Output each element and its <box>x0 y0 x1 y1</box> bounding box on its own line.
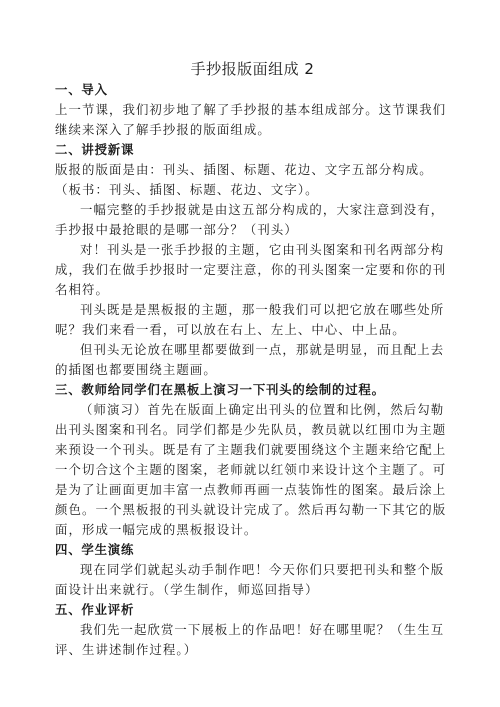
section-assessment: 五、作业评析 我们先一起欣赏一下展板上的作品吧！好在哪里呢？（生生互 评、生讲述… <box>55 600 450 660</box>
paragraph-line: 成，我们在做手抄报时一定要注意，你的刊头图案一定要和你的刊 <box>55 260 450 280</box>
paragraph-line: 面，形成一幅完成的黑板报设计。 <box>55 520 450 540</box>
section-new-lesson: 二、讲授新课 版报的版面是由：刊头、插图、标题、花边、文字五部分构成。 （板书：… <box>55 140 450 380</box>
paragraph-line: 呢？我们来看一看，可以放在右上、左上、中心、中上品。 <box>55 320 450 340</box>
paragraph-line: 是为了让画面更加丰富一点教师再画一点装饰性的图案。最后涂上 <box>55 480 450 500</box>
paragraph-line: （板书：刊头、插图、标题、花边、文字）。 <box>55 180 450 200</box>
section-heading: 三、教师给同学们在黑板上演习一下刊头的绘制的过程。 <box>55 380 450 400</box>
section-heading: 四、学生演练 <box>55 540 450 560</box>
document-page: 手抄报版面组成 2 一、导入 上一节课，我们初步地了解了手抄报的基本组成部分。这… <box>55 58 450 660</box>
section-heading: 五、作业评析 <box>55 600 450 620</box>
section-demonstration: 三、教师给同学们在黑板上演习一下刊头的绘制的过程。 （师演习）首先在版面上确定出… <box>55 380 450 540</box>
paragraph-line: 颜色。一个黑板报的刊头就设计完成了。然后再勾勒一下其它的版 <box>55 500 450 520</box>
paragraph-line: 名相符。 <box>55 280 450 300</box>
paragraph-line: 一幅完整的手抄报就是由这五部分构成的，大家注意到没有， <box>55 200 450 220</box>
paragraph-line: 刊头既是是黑板报的主题，那一般我们可以把它放在哪些处所 <box>55 300 450 320</box>
section-heading: 二、讲授新课 <box>55 140 450 160</box>
paragraph-line: 出刊头图案和刊名。同学们都是少先队员，教员就以红围巾为主题 <box>55 420 450 440</box>
paragraph-line: 来预设一个刊头。既是有了主题我们就要围绕这个主题来给它配上 <box>55 440 450 460</box>
paragraph-line: 一个切合这个主题的图案，老师就以红领巾来设计这个主题了。可 <box>55 460 450 480</box>
section-heading: 一、导入 <box>55 80 450 100</box>
paragraph-line: 的插图也都要围绕主题画。 <box>55 360 450 380</box>
paragraph-line: 但刊头无论放在哪里都要做到一点，那就是明显，而且配上去 <box>55 340 450 360</box>
paragraph-line: 面设计出来就行。（学生制作，师巡回指导） <box>55 580 450 600</box>
paragraph-line: 继续来深入了解手抄报的版面组成。 <box>55 120 450 140</box>
section-student-practice: 四、学生演练 现在同学们就起头动手制作吧！今天你们只要把刊头和整个版 面设计出来… <box>55 540 450 600</box>
paragraph-line: （师演习）首先在版面上确定出刊头的位置和比例，然后勾勒 <box>55 400 450 420</box>
paragraph-line: 我们先一起欣赏一下展板上的作品吧！好在哪里呢？（生生互 <box>55 620 450 640</box>
paragraph-line: 版报的版面是由：刊头、插图、标题、花边、文字五部分构成。 <box>55 160 450 180</box>
section-intro: 一、导入 上一节课，我们初步地了解了手抄报的基本组成部分。这节课我们 继续来深入… <box>55 80 450 140</box>
document-title: 手抄报版面组成 2 <box>55 58 450 80</box>
paragraph-line: 对！刊头是一张手抄报的主题，它由刊头图案和刊名两部分构 <box>55 240 450 260</box>
paragraph-line: 评、生讲述制作过程。） <box>55 640 450 660</box>
paragraph-line: 上一节课，我们初步地了解了手抄报的基本组成部分。这节课我们 <box>55 100 450 120</box>
paragraph-line: 现在同学们就起头动手制作吧！今天你们只要把刊头和整个版 <box>55 560 450 580</box>
paragraph-line: 手抄报中最抢眼的是哪一部分？（刊头） <box>55 220 450 240</box>
